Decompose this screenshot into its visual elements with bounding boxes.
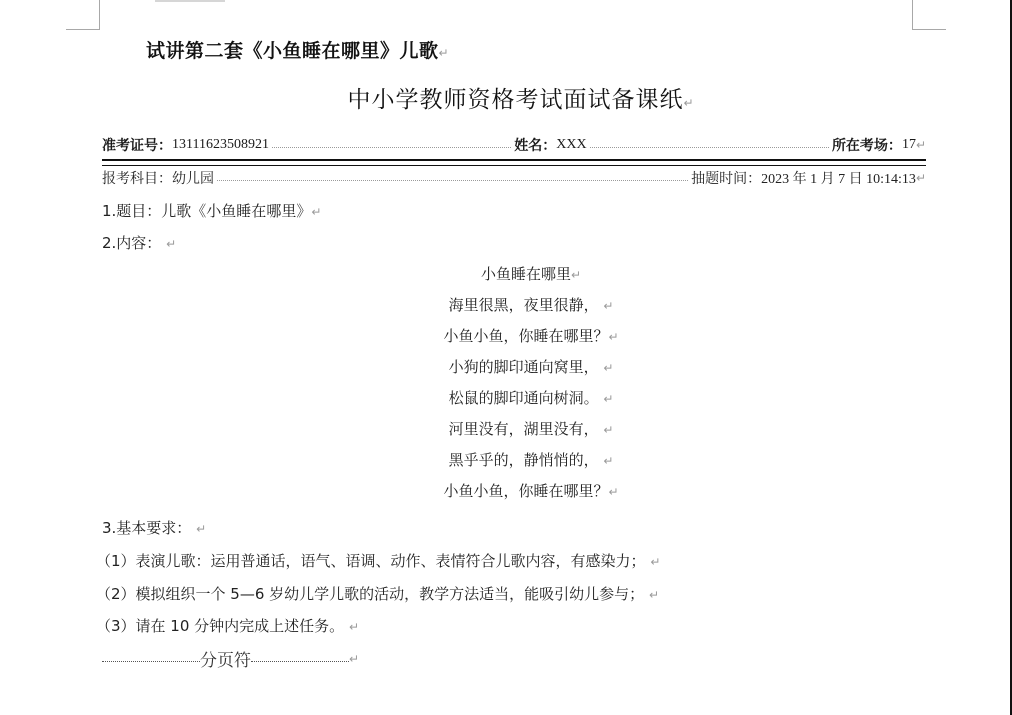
subject-value: 幼儿园 [172,168,214,188]
margin-corner-mark-right [912,0,913,30]
candidate-info-row[interactable]: 准考证号： 13111623508921 姓名： XXX 所在考场： 17↵ [102,134,926,156]
requirement-item[interactable]: （3）请在 10 分钟内完成上述任务。 ↵ [96,615,359,636]
requirements-label: 3.基本要求： [102,519,191,537]
poem-line[interactable]: 小鱼小鱼，你睡在哪里？↵ [0,480,1012,501]
poem-line-text: 海里很黑，夜里很静， [449,296,599,314]
page-break-line-right [251,661,349,662]
requirement-text: （2）模拟组织一个 5—6 岁幼儿学儿歌的活动，教学方法适当，能吸引幼儿参与； [96,585,644,603]
paragraph-mark-icon: ↵ [649,588,659,602]
dotted-leader [217,180,688,181]
poem-line-text: 小鱼小鱼，你睡在哪里？ [443,482,608,500]
subject-label: 报考科目： [102,168,172,188]
paragraph-mark-icon: ↵ [608,485,618,499]
margin-corner-mark-right-h [912,29,946,30]
poem-line-text: 松鼠的脚印通向树洞。 [449,389,599,407]
poem-line[interactable]: 河里没有，湖里没有， ↵ [0,418,1012,439]
paragraph-mark-icon: ↵ [439,46,450,60]
requirement-item[interactable]: （2）模拟组织一个 5—6 岁幼儿学儿歌的活动，教学方法适当，能吸引幼儿参与； … [96,583,659,604]
draw-time-value: 2023 年 1 月 7 日 10:14:13 [761,168,916,188]
paragraph-mark-icon: ↵ [916,171,926,185]
requirement-text: （1）表演儿歌：运用普通话，语气、语调、动作、表情符合儿歌内容，有感染力； [96,552,646,570]
admission-number-value: 13111623508921 [172,137,269,153]
page-break-marker[interactable]: 分页符 ↵ [102,646,382,671]
poem-line-text: 黑乎乎的，静悄悄的， [449,451,599,469]
poem-line-text: 小鱼小鱼，你睡在哪里？ [443,327,608,345]
poem-title[interactable]: 小鱼睡在哪里↵ [0,263,1012,284]
header-double-rule [102,159,926,166]
dotted-leader [590,147,829,148]
paragraph-mark-icon: ↵ [349,620,359,634]
title-text: 中小学教师资格考试面试备课纸 [347,87,683,113]
page-break-label: 分页符 [200,646,251,671]
paragraph-mark-icon: ↵ [571,268,581,282]
page-break-line-left [102,661,200,662]
margin-corner-mark-left [99,0,100,30]
document-title[interactable]: 中小学教师资格考试面试备课纸↵ [0,81,1012,114]
topic-text: 1.题目：儿歌《小鱼睡在哪里》 [102,202,311,220]
paragraph-mark-icon: ↵ [603,299,613,313]
paragraph-mark-icon: ↵ [196,522,206,536]
paragraph-mark-icon: ↵ [608,330,618,344]
paragraph-mark-icon: ↵ [916,138,926,152]
paragraph-mark-icon: ↵ [603,423,613,437]
requirement-text: （3）请在 10 分钟内完成上述任务。 [96,617,344,635]
heading-text: 试讲第二套《小鱼睡在哪里》儿歌 [146,40,439,62]
poem-line[interactable]: 小鱼小鱼，你睡在哪里？↵ [0,325,1012,346]
name-value: XXX [556,137,586,153]
requirement-item[interactable]: （1）表演儿歌：运用普通话，语气、语调、动作、表情符合儿歌内容，有感染力； ↵ [96,550,660,571]
topic-paragraph[interactable]: 1.题目：儿歌《小鱼睡在哪里》↵ [102,200,321,221]
cut-off-toolbar-fragment [155,0,225,2]
admission-number-label: 准考证号： [102,135,172,155]
name-label: 姓名： [514,135,556,155]
paragraph-mark-icon: ↵ [603,361,613,375]
poem-line-text: 河里没有，湖里没有， [449,420,599,438]
paragraph-mark-icon: ↵ [603,392,613,406]
paragraph-mark-icon: ↵ [650,555,660,569]
content-label-paragraph[interactable]: 2.内容： ↵ [102,232,176,253]
paragraph-mark-icon: ↵ [311,205,321,219]
draw-time-label: 抽题时间： [691,168,761,188]
paragraph-mark-icon: ↵ [349,652,359,666]
content-label: 2.内容： [102,234,161,252]
poem-line[interactable]: 小狗的脚印通向窝里， ↵ [0,356,1012,377]
venue-label: 所在考场： [832,135,902,155]
poem-line[interactable]: 海里很黑，夜里很静， ↵ [0,294,1012,315]
document-heading[interactable]: 试讲第二套《小鱼睡在哪里》儿歌↵ [146,36,449,63]
requirements-label-paragraph[interactable]: 3.基本要求： ↵ [102,517,206,538]
paragraph-mark-icon: ↵ [603,454,613,468]
exam-info-row[interactable]: 报考科目： 幼儿园 抽题时间： 2023 年 1 月 7 日 10:14:13↵ [102,167,926,189]
document-page[interactable]: 试讲第二套《小鱼睡在哪里》儿歌↵ 中小学教师资格考试面试备课纸↵ 准考证号： 1… [0,0,1012,715]
poem-line-text: 小狗的脚印通向窝里， [449,358,599,376]
poem-title-text: 小鱼睡在哪里 [481,265,571,283]
poem-line[interactable]: 松鼠的脚印通向树洞。 ↵ [0,387,1012,408]
dotted-leader [272,147,511,148]
margin-corner-mark-left-h [66,29,100,30]
poem-line[interactable]: 黑乎乎的，静悄悄的， ↵ [0,449,1012,470]
paragraph-mark-icon: ↵ [683,96,694,110]
paragraph-mark-icon: ↵ [166,237,176,251]
venue-value: 17 [902,137,916,153]
